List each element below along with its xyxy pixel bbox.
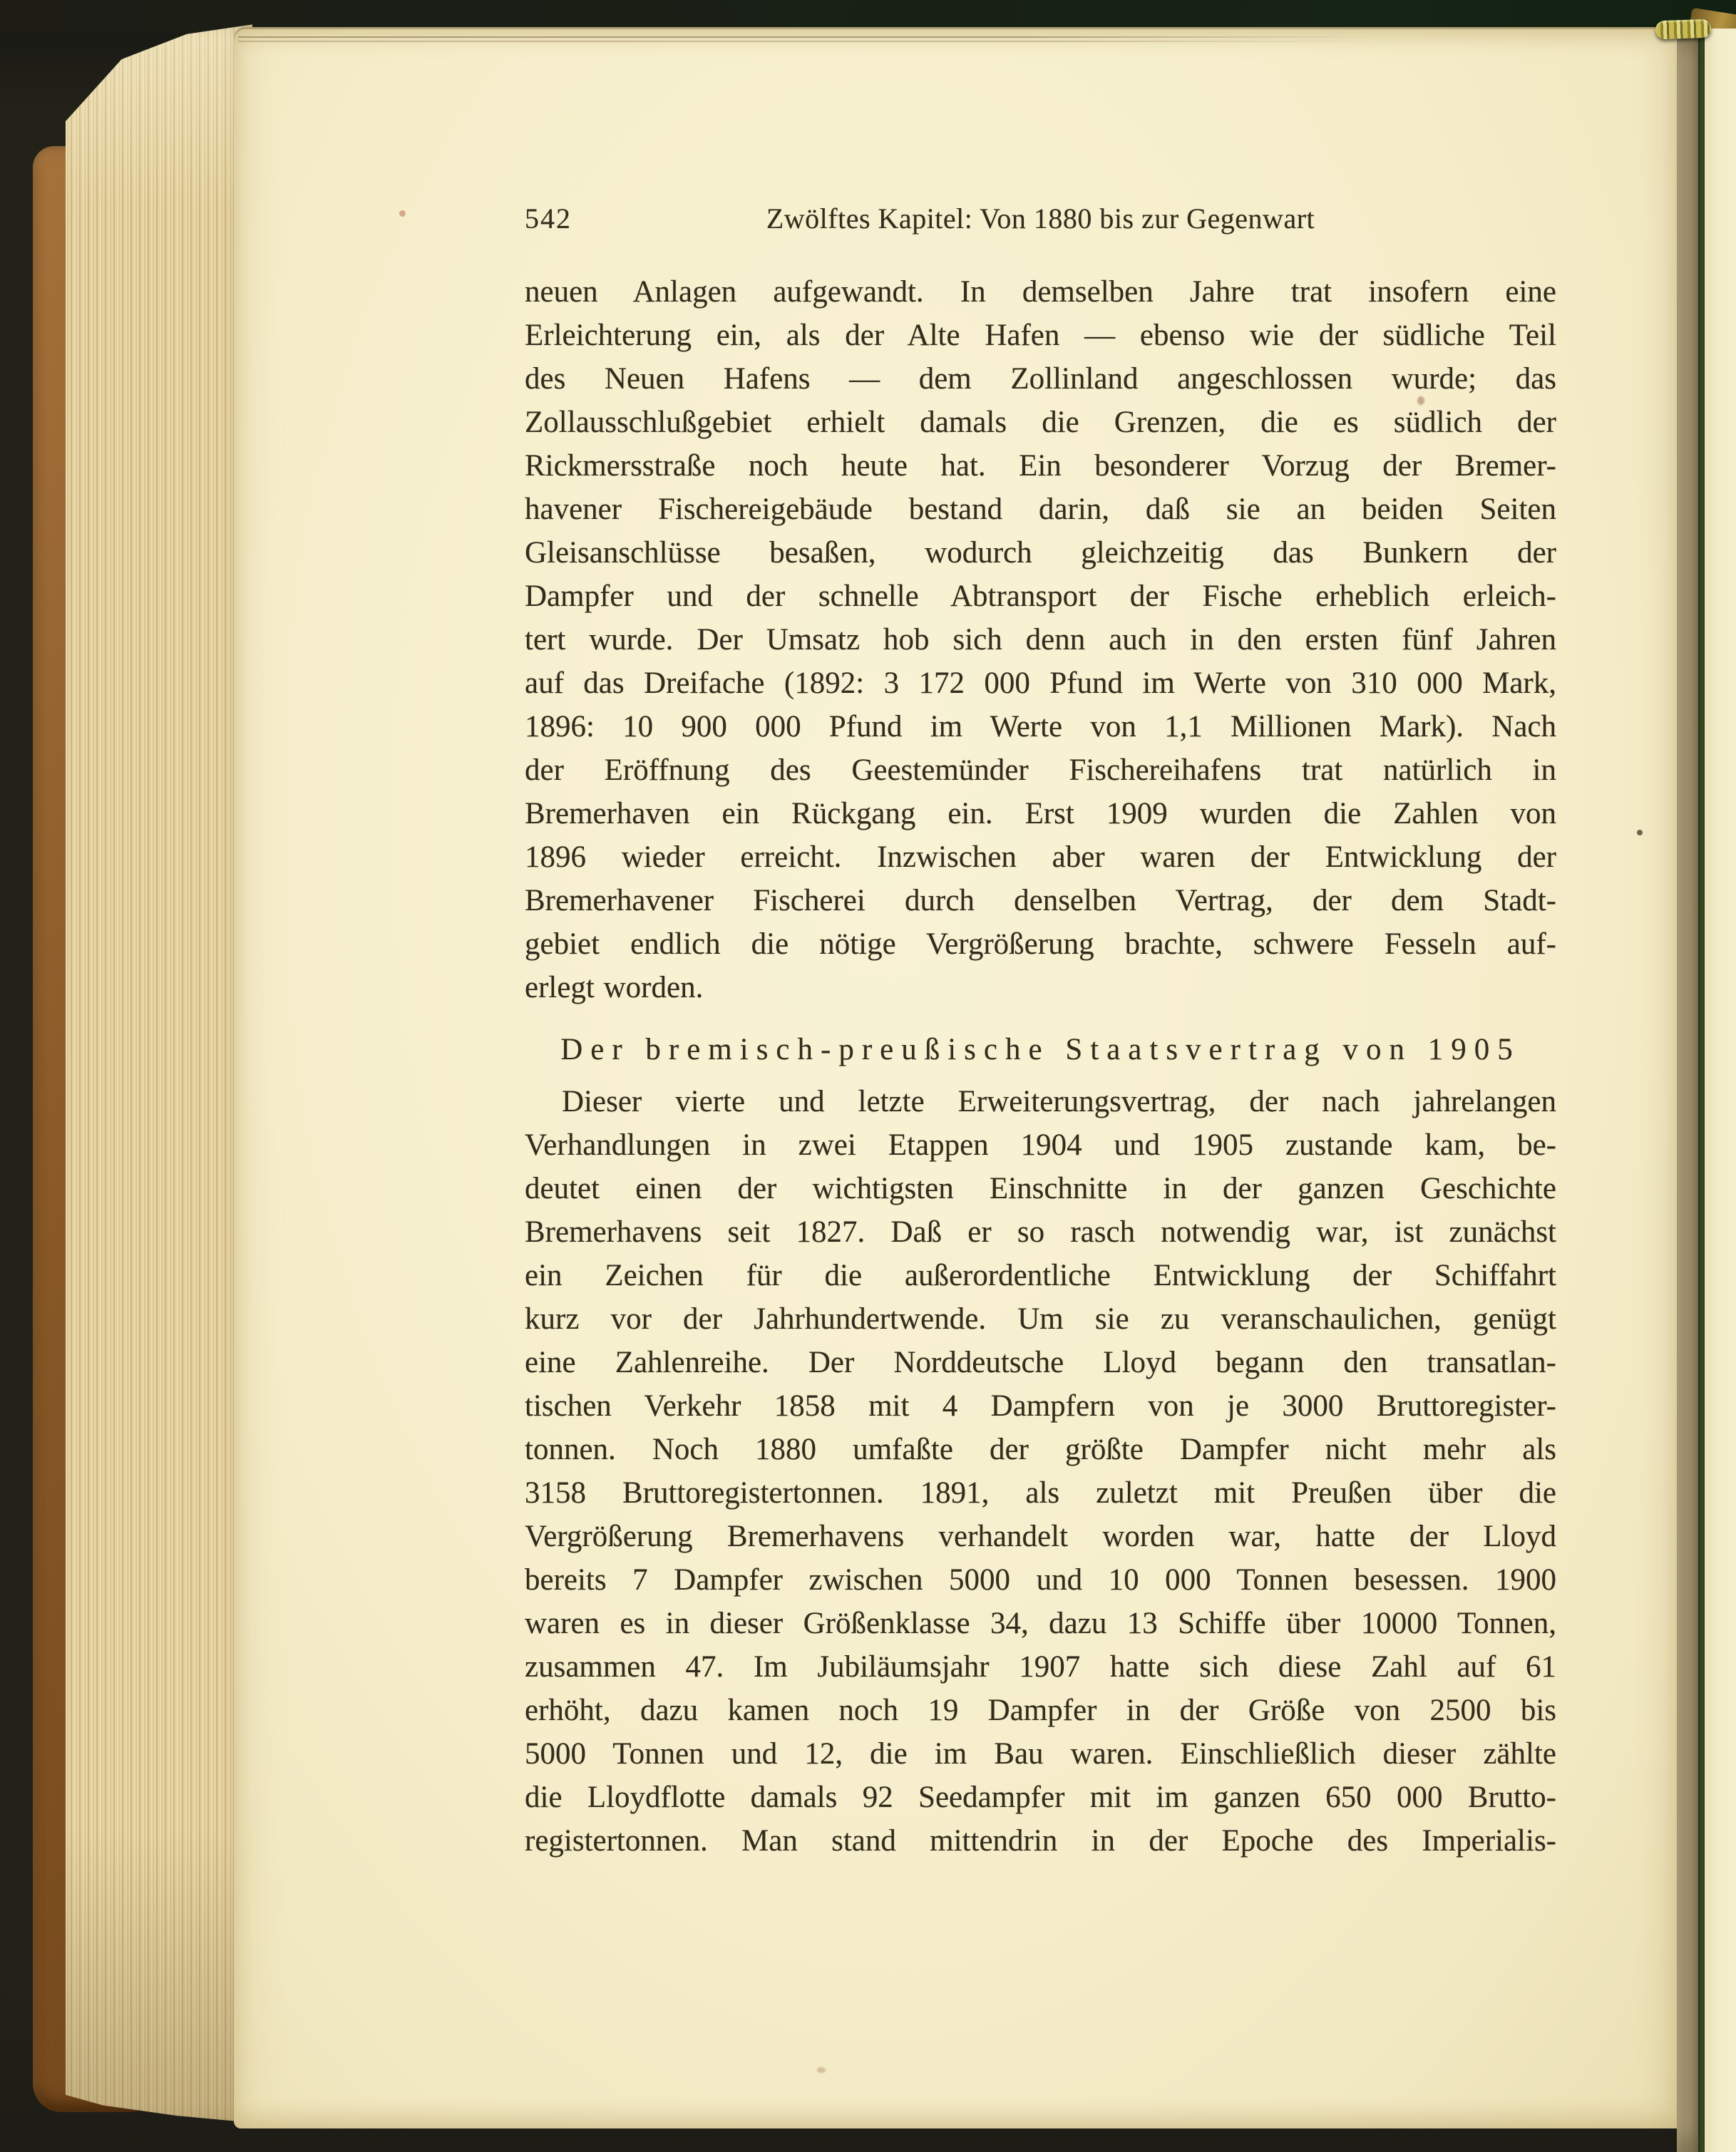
facing-page-edge — [1705, 29, 1736, 2152]
aging-speck — [1637, 830, 1643, 835]
text-line: auf das Dreifache (1892: 3 172 000 Pfund… — [525, 661, 1556, 705]
headband — [1655, 19, 1712, 40]
text-line: Zollausschlußgebiet erhielt damals die G… — [525, 401, 1556, 444]
text-line: deutet einen der wichtigsten Einschnitte… — [525, 1167, 1556, 1210]
text-line: Erleichterung ein, als der Alte Hafen — … — [525, 314, 1556, 357]
running-header: Zwölftes Kapitel: Von 1880 bis zur Gegen… — [525, 202, 1556, 236]
paragraph: neuen Anlagen aufgewandt. In demselben J… — [525, 270, 1556, 1009]
aging-speck — [399, 210, 406, 217]
text-column: 542 Zwölftes Kapitel: Von 1880 bis zur G… — [525, 202, 1556, 1863]
text-line: ein Zeichen für die außerordentliche Ent… — [525, 1254, 1556, 1297]
text-line: erhöht, dazu kamen noch 19 Dampfer in de… — [525, 1689, 1556, 1732]
text-line: tischen Verkehr 1858 mit 4 Dampfern von … — [525, 1384, 1556, 1428]
text-line: zusammen 47. Im Jubiläumsjahr 1907 hatte… — [525, 1645, 1556, 1689]
text-line: registertonnen. Man stand mittendrin in … — [525, 1819, 1556, 1863]
paragraph: Dieser vierte und letzte Erweiterungsver… — [525, 1080, 1556, 1863]
text-line: neuen Anlagen aufgewandt. In demselben J… — [525, 270, 1556, 314]
text-line: des Neuen Hafens — dem Zollinland angesc… — [525, 357, 1556, 401]
aging-speck — [817, 2067, 826, 2073]
aging-speck — [1417, 396, 1424, 405]
text-line: der Eröffnung des Geestemünder Fischerei… — [525, 748, 1556, 792]
section-heading: Der bremisch-preußische Staatsvertrag vo… — [525, 1028, 1556, 1071]
text-line: erlegt worden. — [525, 966, 1556, 1009]
text-line: Verhandlungen in zwei Etappen 1904 und 1… — [525, 1123, 1556, 1167]
text-line: eine Zahlenreihe. Der Norddeutsche Lloyd… — [525, 1341, 1556, 1384]
book-scan: 542 Zwölftes Kapitel: Von 1880 bis zur G… — [0, 0, 1736, 2152]
text-line: Gleisanschlüsse besaßen, wodurch gleichz… — [525, 531, 1556, 575]
page-edge-stack — [66, 21, 252, 2124]
text-line: gebiet endlich die nötige Vergrößerung b… — [525, 922, 1556, 966]
text-line: 3158 Bruttoregistertonnen. 1891, als zul… — [525, 1471, 1556, 1515]
gutter-shadow — [1677, 26, 1700, 2152]
gutter-cloth-line — [1698, 26, 1705, 2152]
book-page: 542 Zwölftes Kapitel: Von 1880 bis zur G… — [234, 27, 1681, 2128]
text-line: bereits 7 Dampfer zwischen 5000 und 10 0… — [525, 1558, 1556, 1602]
text-line: waren es in dieser Größenklasse 34, dazu… — [525, 1602, 1556, 1645]
text-line: 1896: 10 900 000 Pfund im Werte von 1,1 … — [525, 705, 1556, 748]
text-line: Rickmersstraße noch heute hat. Ein beson… — [525, 444, 1556, 488]
text-line: Bremerhaven ein Rückgang ein. Erst 1909 … — [525, 792, 1556, 835]
text-line: havener Fischereigebäude bestand darin, … — [525, 488, 1556, 531]
text-line: die Lloydflotte damals 92 Seedampfer mit… — [525, 1776, 1556, 1819]
text-line: kurz vor der Jahrhundertwende. Um sie zu… — [525, 1297, 1556, 1341]
text-line: Dampfer und der schnelle Abtransport der… — [525, 575, 1556, 618]
text-line: Bremerhavens seit 1827. Daß er so rasch … — [525, 1210, 1556, 1254]
text-line: tert wurde. Der Umsatz hob sich denn auc… — [525, 618, 1556, 661]
page-header: 542 Zwölftes Kapitel: Von 1880 bis zur G… — [525, 202, 1556, 236]
text-line: Dieser vierte und letzte Erweiterungsver… — [525, 1080, 1556, 1123]
top-leaf-edges — [238, 34, 1367, 46]
text-line: tonnen. Noch 1880 umfaßte der größte Dam… — [525, 1428, 1556, 1471]
text-line: Vergrößerung Bremerhavens verhandelt wor… — [525, 1515, 1556, 1558]
text-line: Bremerhavener Fischerei durch denselben … — [525, 879, 1556, 922]
page-number: 542 — [525, 202, 572, 236]
text-line: 5000 Tonnen und 12, die im Bau waren. Ei… — [525, 1732, 1556, 1776]
text-line: 1896 wieder erreicht. Inzwischen aber wa… — [525, 835, 1556, 879]
